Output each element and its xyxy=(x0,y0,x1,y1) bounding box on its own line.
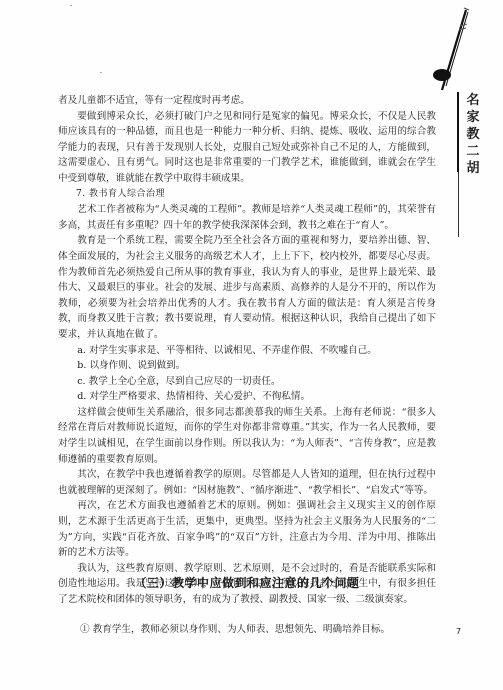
paragraph: 者及儿童都不适宜，等有一定程度时再考虑。 xyxy=(58,93,436,109)
paragraph: 再次，在艺术方面我也遵循着艺术的原则。例如：强调社会主义现实主义的创作原则，艺术… xyxy=(58,498,436,560)
side-bar-thin xyxy=(458,172,459,237)
side-title-char: 家 xyxy=(463,109,483,126)
side-title-char: 教 xyxy=(463,126,483,143)
paragraph: 这样做会使师生关系融洽，很多同志都羡慕我的师生关系。上海有老师说：“很多人经常在… xyxy=(58,405,436,467)
paragraph: 其次，在教学中我也遵循着教学的原则。尽管都是人人皆知的道理，但在执行过程中也就被… xyxy=(58,467,436,498)
erhu-illustration-icon xyxy=(432,6,472,92)
list-item: c. 教学上全心全意，尽到自己应尽的一切责任。 xyxy=(58,374,436,390)
list-item: a. 对学生实事求是、平等相待、以诚相见、不弄虚作假、不吹嘘自己。 xyxy=(58,343,436,359)
paragraph: 艺术工作者被称为“人类灵魂的工程师”。教师是培养“人类灵魂工程师”的，其荣誉有多… xyxy=(58,202,436,233)
side-title-char: 名 xyxy=(463,92,483,109)
scan-speck xyxy=(70,5,72,6)
section-title: （三）教学中应做到和应注意的几个问题 xyxy=(58,574,436,591)
book-page: 名 家 教 二 胡 者及儿童都不适宜，等有一定程度时再考虑。 要做到博采众长，必… xyxy=(0,0,503,690)
side-title-char: 胡 xyxy=(463,160,483,177)
side-bar-thick xyxy=(457,92,459,172)
paragraph: 教育是一个系统工程，需要全院乃至全社会各方面的重视和努力，要培养出德、智、体全面… xyxy=(58,233,436,342)
side-book-title: 名 家 教 二 胡 xyxy=(463,92,483,177)
scan-speck xyxy=(100,72,102,73)
side-title-char: 二 xyxy=(463,143,483,160)
numbered-point: ① 教育学生，教师必须以身作则、为人师表、思想领先、明确培养目标。 xyxy=(80,621,390,635)
list-item: d. 对学生严格要求、热情相待、关心爱护、不徇私情。 xyxy=(58,389,436,405)
body-text: 者及儿童都不适宜，等有一定程度时再考虑。 要做到博采众长，必须打破门户之见和同行… xyxy=(58,93,436,608)
list-item: b. 以身作则、说到做到。 xyxy=(58,358,436,374)
page-number: 7 xyxy=(456,627,461,636)
paragraph: 要做到博采众长，必须打破门户之见和同行是冤家的偏见。博采众长，不仅是人民教师应该… xyxy=(58,109,436,187)
subheading: 7. 教书育人综合治理 xyxy=(58,187,436,203)
